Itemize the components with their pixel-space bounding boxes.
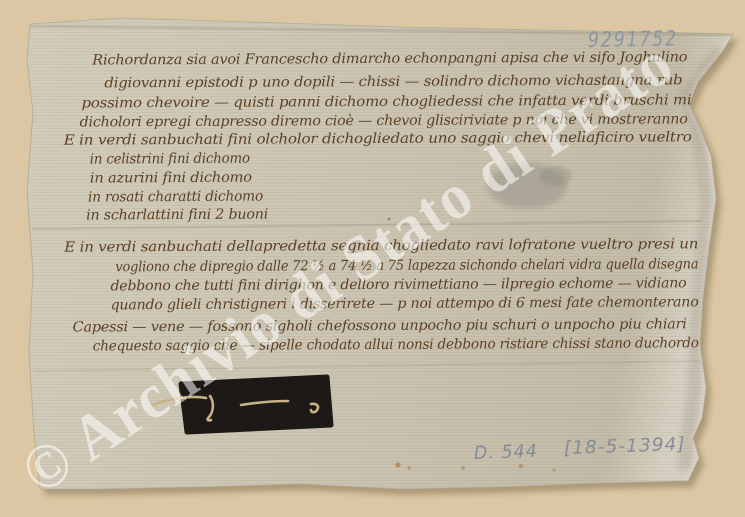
foxing-speck: [552, 468, 555, 471]
manuscript-line: in scharlattini fini 2 buoni: [86, 207, 268, 224]
document-photo: Richordanza sia avoi Francescho dimarcho…: [0, 0, 745, 517]
manuscript-line: in celistrini fini dichomo: [90, 151, 250, 168]
foxing-speck: [395, 462, 400, 467]
manuscript-line: in rosati charatti dichomo: [88, 189, 263, 206]
foxing-speck: [519, 464, 524, 469]
shelfmark-annotation: D. 544: [473, 441, 538, 464]
manuscript-line: in azurini fini dichomo: [90, 170, 252, 187]
foxing-speck: [461, 466, 465, 470]
date-annotation: [18-5-1394]: [563, 434, 686, 459]
foxing-speck: [407, 466, 410, 469]
manuscript-line: Capessi — vene — fossono sigholi chefoss…: [73, 316, 687, 335]
manuscript-line: quando glieli christigneri i disserirete…: [111, 294, 699, 313]
manuscript-line: debbono che tutti fini dirighon e dellor…: [110, 275, 686, 294]
manuscript-scan-svg: Richordanza sia avoi Francescho dimarcho…: [0, 0, 745, 517]
